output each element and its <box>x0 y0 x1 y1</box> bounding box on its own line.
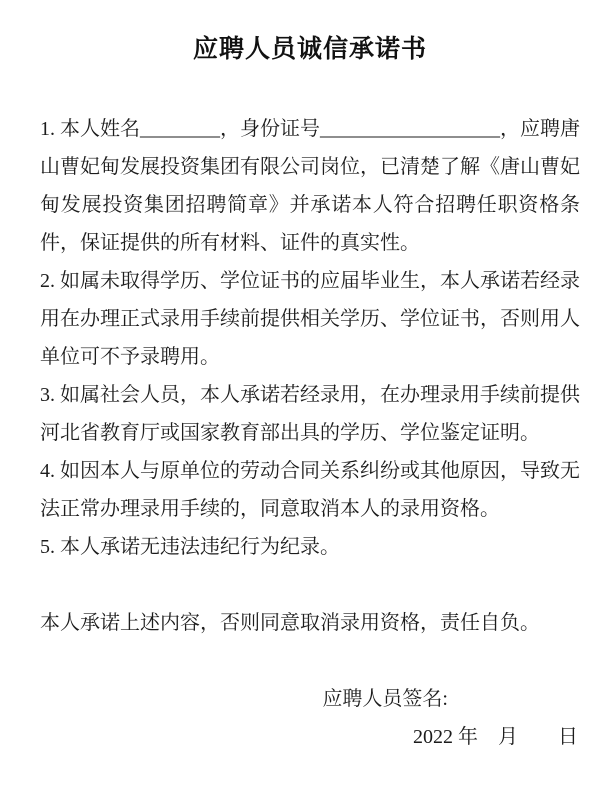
document-title: 应聘人员诚信承诺书 <box>40 30 580 68</box>
paragraph-5: 5. 本人承诺无违法违纪行为纪录。 <box>40 528 580 566</box>
document-page: 应聘人员诚信承诺书 1. 本人姓名________，身份证号__________… <box>0 0 616 791</box>
signature-label: 应聘人员签名: <box>40 680 580 718</box>
closing-statement: 本人承诺上述内容，否则同意取消录用资格，责任自负。 <box>40 604 580 642</box>
paragraph-3: 3. 如属社会人员，本人承诺若经录用，在办理录用手续前提供河北省教育厅或国家教育… <box>40 376 580 452</box>
paragraph-4: 4. 如因本人与原单位的劳动合同关系纠纷或其他原因，导致无法正常办理录用手续的，… <box>40 452 580 528</box>
paragraph-1: 1. 本人姓名________，身份证号__________________，应… <box>40 110 580 262</box>
date-line: 2022 年 月 日 <box>40 718 580 756</box>
paragraph-2: 2. 如属未取得学历、学位证书的应届毕业生，本人承诺若经录用在办理正式录用手续前… <box>40 262 580 376</box>
document-body: 1. 本人姓名________，身份证号__________________，应… <box>40 110 580 756</box>
